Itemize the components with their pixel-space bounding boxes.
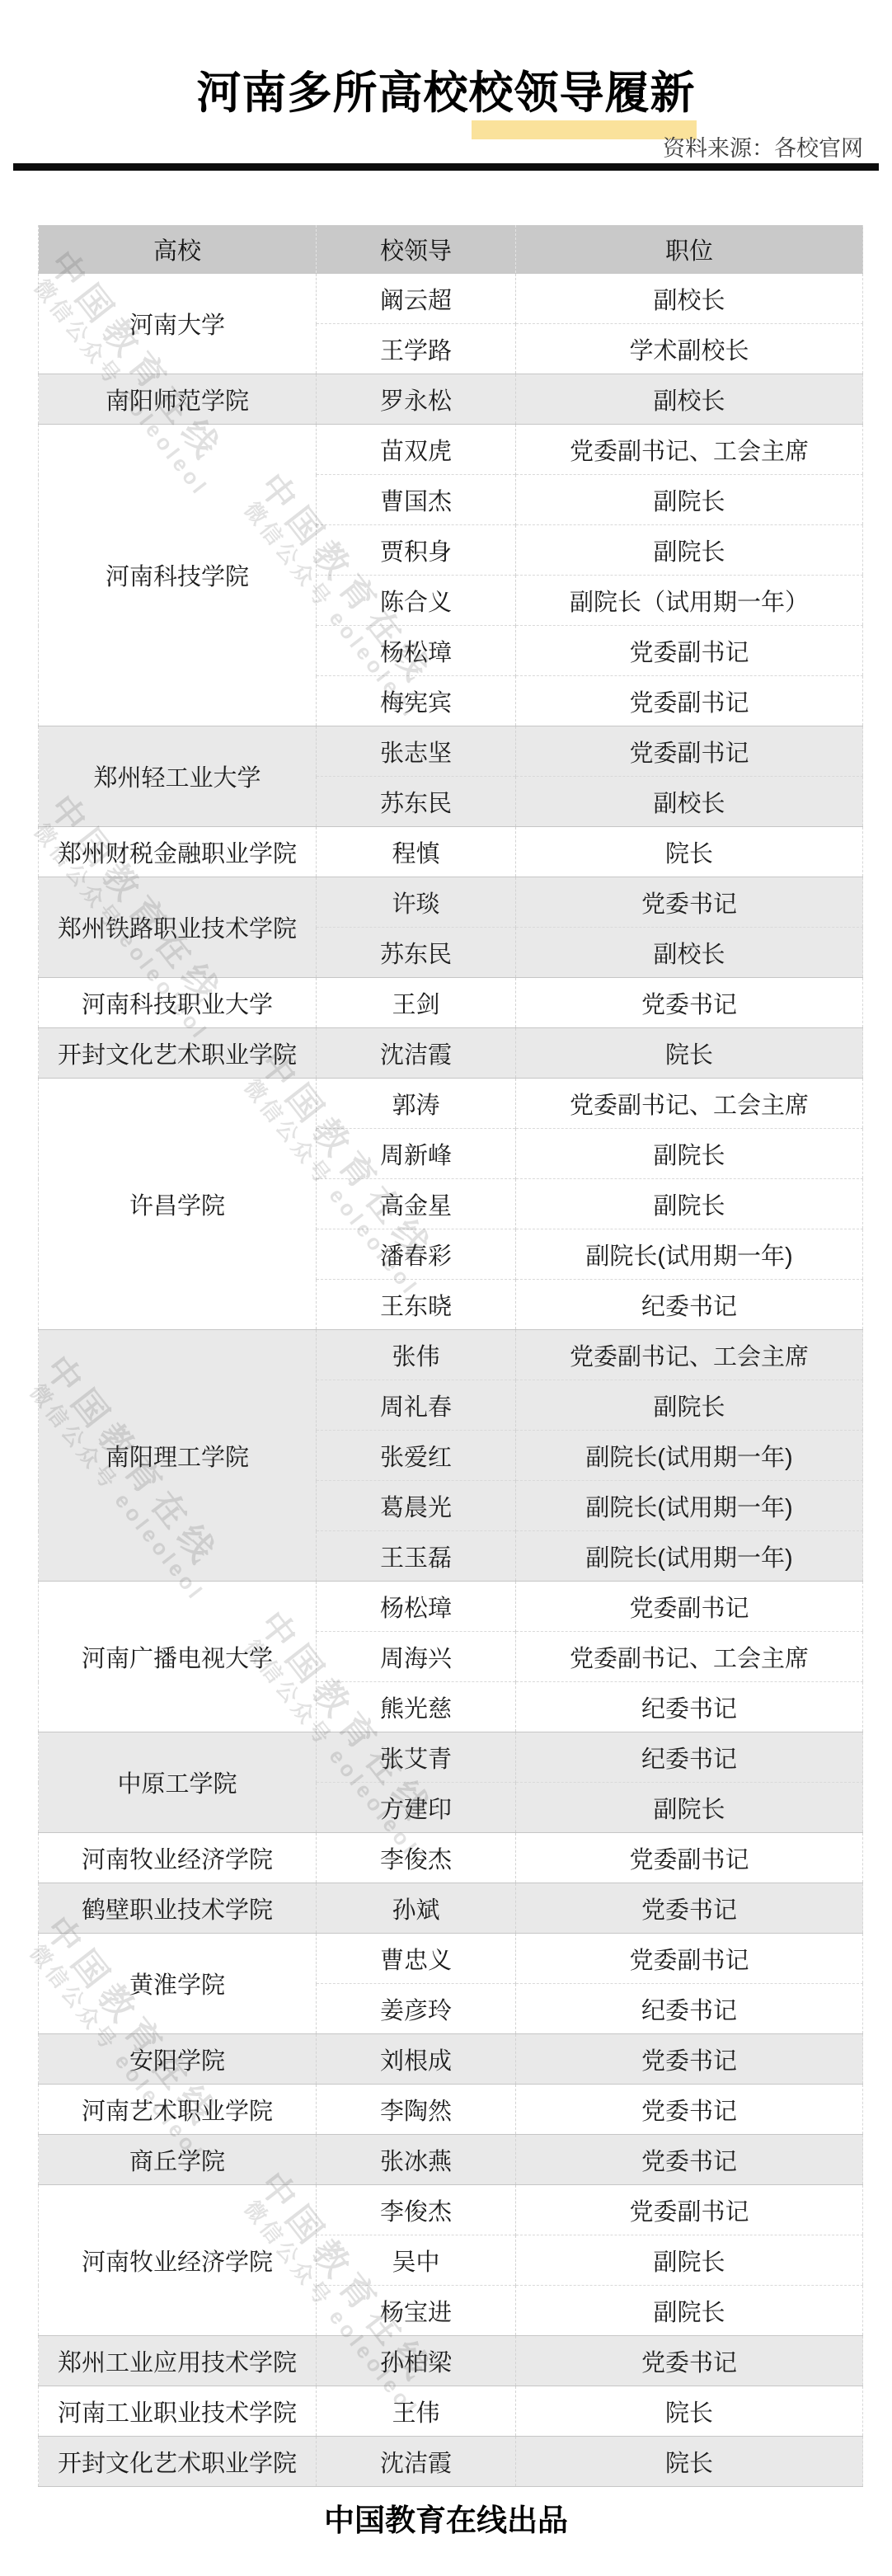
leader-name-cell: 陈合义 — [317, 576, 516, 626]
university-cell: 河南科技学院 — [39, 425, 317, 726]
leader-name-cell: 杨松璋 — [317, 626, 516, 676]
leader-name-cell: 曹国杰 — [317, 475, 516, 525]
leader-name-cell: 高金星 — [317, 1179, 516, 1229]
position-cell: 党委副书记 — [516, 676, 863, 726]
column-header-university: 高校 — [39, 225, 317, 274]
university-cell: 开封文化艺术职业学院 — [39, 2437, 317, 2487]
university-cell: 商丘学院 — [39, 2135, 317, 2185]
table-row: 郑州工业应用技术学院孙柏梁党委书记 — [39, 2336, 863, 2386]
position-cell: 党委副书记、工会主席 — [516, 1079, 863, 1129]
position-cell: 副院长 — [516, 2286, 863, 2336]
position-cell: 党委书记 — [516, 2135, 863, 2185]
position-cell: 党委副书记 — [516, 626, 863, 676]
position-cell: 院长 — [516, 1028, 863, 1079]
leader-name-cell: 刘根成 — [317, 2034, 516, 2085]
table-row: 河南科技职业大学王剑党委书记 — [39, 978, 863, 1028]
position-cell: 党委副书记 — [516, 1582, 863, 1632]
table-row: 鹤壁职业技术学院孙斌党委书记 — [39, 1883, 863, 1934]
university-cell: 河南大学 — [39, 274, 317, 374]
position-cell: 副校长 — [516, 374, 863, 425]
table-row: 河南广播电视大学杨松璋党委副书记 — [39, 1582, 863, 1632]
leader-name-cell: 沈洁霞 — [317, 2437, 516, 2487]
leader-name-cell: 周礼春 — [317, 1380, 516, 1431]
university-cell: 河南艺术职业学院 — [39, 2085, 317, 2135]
university-cell: 河南工业职业技术学院 — [39, 2386, 317, 2437]
position-cell: 副院长 — [516, 2235, 863, 2286]
table-row: 河南科技学院苗双虎党委副书记、工会主席 — [39, 425, 863, 475]
university-cell: 郑州工业应用技术学院 — [39, 2336, 317, 2386]
position-cell: 副院长（试用期一年） — [516, 576, 863, 626]
leader-name-cell: 曹忠义 — [317, 1934, 516, 1984]
position-cell: 党委书记 — [516, 2336, 863, 2386]
leader-name-cell: 王学路 — [317, 324, 516, 374]
university-cell: 黄淮学院 — [39, 1934, 317, 2034]
position-cell: 副校长 — [516, 777, 863, 827]
position-cell: 副院长(试用期一年) — [516, 1229, 863, 1280]
position-cell: 副院长(试用期一年) — [516, 1531, 863, 1582]
table-row: 开封文化艺术职业学院沈洁霞院长 — [39, 1028, 863, 1079]
position-cell: 纪委书记 — [516, 1732, 863, 1783]
column-header-leader: 校领导 — [317, 225, 516, 274]
leader-name-cell: 张冰燕 — [317, 2135, 516, 2185]
position-cell: 党委书记 — [516, 1883, 863, 1934]
university-cell: 鹤壁职业技术学院 — [39, 1883, 317, 1934]
position-cell: 党委副书记 — [516, 2185, 863, 2235]
table-row: 郑州铁路职业技术学院许琰党委书记 — [39, 877, 863, 928]
position-cell: 党委书记 — [516, 2034, 863, 2085]
leader-name-cell: 姜彦玲 — [317, 1984, 516, 2034]
university-cell: 郑州财税金融职业学院 — [39, 827, 317, 877]
position-cell: 纪委书记 — [516, 1280, 863, 1330]
position-cell: 党委副书记 — [516, 1833, 863, 1883]
university-cell: 河南牧业经济学院 — [39, 1833, 317, 1883]
university-cell: 开封文化艺术职业学院 — [39, 1028, 317, 1079]
table-row: 河南艺术职业学院李陶然党委书记 — [39, 2085, 863, 2135]
position-cell: 副院长 — [516, 1179, 863, 1229]
university-cell: 河南科技职业大学 — [39, 978, 317, 1028]
position-cell: 副院长 — [516, 475, 863, 525]
position-cell: 党委书记 — [516, 978, 863, 1028]
position-cell: 院长 — [516, 2386, 863, 2437]
university-cell: 南阳理工学院 — [39, 1330, 317, 1582]
leader-name-cell: 方建印 — [317, 1783, 516, 1833]
leader-name-cell: 王剑 — [317, 978, 516, 1028]
leader-name-cell: 贾积身 — [317, 525, 516, 576]
leader-name-cell: 李陶然 — [317, 2085, 516, 2135]
position-cell: 副院长 — [516, 1380, 863, 1431]
position-cell: 纪委书记 — [516, 1682, 863, 1732]
table-row: 郑州轻工业大学张志坚党委副书记 — [39, 726, 863, 777]
table-row: 许昌学院郭涛党委副书记、工会主席 — [39, 1079, 863, 1129]
position-cell: 副院长 — [516, 1783, 863, 1833]
position-cell: 纪委书记 — [516, 1984, 863, 2034]
table-row: 郑州财税金融职业学院程慎院长 — [39, 827, 863, 877]
position-cell: 院长 — [516, 827, 863, 877]
position-cell: 党委副书记 — [516, 1934, 863, 1984]
position-cell: 学术副校长 — [516, 324, 863, 374]
table-row: 河南大学阚云超副校长 — [39, 274, 863, 324]
leader-name-cell: 周新峰 — [317, 1129, 516, 1179]
leader-name-cell: 孙斌 — [317, 1883, 516, 1934]
table-row: 开封文化艺术职业学院沈洁霞院长 — [39, 2437, 863, 2487]
leader-name-cell: 孙柏梁 — [317, 2336, 516, 2386]
leadership-table: 高校 校领导 职位 河南大学阚云超副校长王学路学术副校长南阳师范学院罗永松副校长… — [38, 225, 863, 2487]
divider-rule — [13, 163, 879, 171]
leader-name-cell: 张志坚 — [317, 726, 516, 777]
university-cell: 郑州轻工业大学 — [39, 726, 317, 827]
source-note: 资料来源：各校官网 — [663, 130, 863, 162]
position-cell: 副校长 — [516, 274, 863, 324]
leader-name-cell: 吴中 — [317, 2235, 516, 2286]
leader-name-cell: 苗双虎 — [317, 425, 516, 475]
university-cell: 河南广播电视大学 — [39, 1582, 317, 1732]
page-title: 河南多所高校校领导履新 — [0, 58, 892, 121]
table-row: 河南牧业经济学院李俊杰党委副书记 — [39, 2185, 863, 2235]
table-row: 黄淮学院曹忠义党委副书记 — [39, 1934, 863, 1984]
leader-name-cell: 李俊杰 — [317, 2185, 516, 2235]
leader-name-cell: 郭涛 — [317, 1079, 516, 1129]
table-row: 河南牧业经济学院李俊杰党委副书记 — [39, 1833, 863, 1883]
leader-name-cell: 苏东民 — [317, 928, 516, 978]
leader-name-cell: 罗永松 — [317, 374, 516, 425]
leader-name-cell: 熊光慈 — [317, 1682, 516, 1732]
leader-name-cell: 杨宝进 — [317, 2286, 516, 2336]
leader-name-cell: 程慎 — [317, 827, 516, 877]
position-cell: 副院长(试用期一年) — [516, 1481, 863, 1531]
leader-name-cell: 周海兴 — [317, 1632, 516, 1682]
table-row: 南阳师范学院罗永松副校长 — [39, 374, 863, 425]
position-cell: 党委副书记、工会主席 — [516, 425, 863, 475]
position-cell: 党委书记 — [516, 2085, 863, 2135]
leader-name-cell: 阚云超 — [317, 274, 516, 324]
leader-name-cell: 王东晓 — [317, 1280, 516, 1330]
footer-credit: 中国教育在线出品 — [0, 2495, 892, 2540]
leader-name-cell: 王玉磊 — [317, 1531, 516, 1582]
leader-name-cell: 潘春彩 — [317, 1229, 516, 1280]
position-cell: 副院长 — [516, 1129, 863, 1179]
leader-name-cell: 杨松璋 — [317, 1582, 516, 1632]
leader-name-cell: 李俊杰 — [317, 1833, 516, 1883]
university-cell: 河南牧业经济学院 — [39, 2185, 317, 2336]
leader-name-cell: 葛晨光 — [317, 1481, 516, 1531]
leader-name-cell: 沈洁霞 — [317, 1028, 516, 1079]
position-cell: 党委副书记、工会主席 — [516, 1330, 863, 1380]
university-cell: 安阳学院 — [39, 2034, 317, 2085]
table-row: 商丘学院张冰燕党委书记 — [39, 2135, 863, 2185]
leader-name-cell: 许琰 — [317, 877, 516, 928]
position-cell: 党委书记 — [516, 877, 863, 928]
leader-name-cell: 王伟 — [317, 2386, 516, 2437]
leader-name-cell: 张伟 — [317, 1330, 516, 1380]
position-cell: 院长 — [516, 2437, 863, 2487]
leader-name-cell: 梅宪宾 — [317, 676, 516, 726]
university-cell: 南阳师范学院 — [39, 374, 317, 425]
position-cell: 党委副书记、工会主席 — [516, 1632, 863, 1682]
university-cell: 中原工学院 — [39, 1732, 317, 1833]
position-cell: 党委副书记 — [516, 726, 863, 777]
table-row: 南阳理工学院张伟党委副书记、工会主席 — [39, 1330, 863, 1380]
position-cell: 副校长 — [516, 928, 863, 978]
table-row: 中原工学院张艾青纪委书记 — [39, 1732, 863, 1783]
header-row: 高校 校领导 职位 — [39, 225, 863, 274]
table-row: 河南工业职业技术学院王伟院长 — [39, 2386, 863, 2437]
position-cell: 副院长 — [516, 525, 863, 576]
leader-name-cell: 苏东民 — [317, 777, 516, 827]
position-cell: 副院长(试用期一年) — [516, 1431, 863, 1481]
table-row: 安阳学院刘根成党委书记 — [39, 2034, 863, 2085]
leader-name-cell: 张艾青 — [317, 1732, 516, 1783]
column-header-position: 职位 — [516, 225, 863, 274]
university-cell: 郑州铁路职业技术学院 — [39, 877, 317, 978]
university-cell: 许昌学院 — [39, 1079, 317, 1330]
leader-name-cell: 张爱红 — [317, 1431, 516, 1481]
